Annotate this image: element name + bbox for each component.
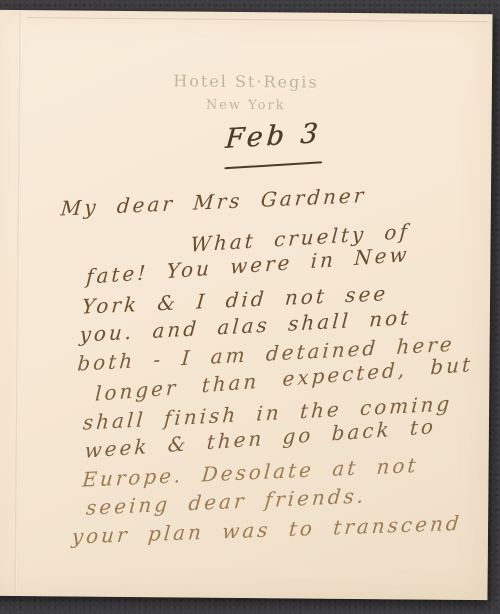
letter-photograph: Hotel St·Regis New York Feb 3 My dear Mr… xyxy=(0,0,500,614)
handwritten-line-salutation: My dear Mrs Gardner xyxy=(60,183,367,220)
letterhead: Hotel St·Regis New York xyxy=(166,71,326,113)
handwritten-date: Feb 3 xyxy=(224,118,323,155)
letter-page: Hotel St·Regis New York Feb 3 My dear Mr… xyxy=(0,10,493,600)
letter-body: My dear Mrs Gardner What cruelty of fate… xyxy=(0,10,493,14)
fold-crease xyxy=(14,12,22,592)
back-leaf-edge xyxy=(26,17,487,22)
letterhead-city: New York xyxy=(166,97,326,113)
date-underline xyxy=(224,161,322,169)
letterhead-hotel-name: Hotel St·Regis xyxy=(166,71,326,91)
